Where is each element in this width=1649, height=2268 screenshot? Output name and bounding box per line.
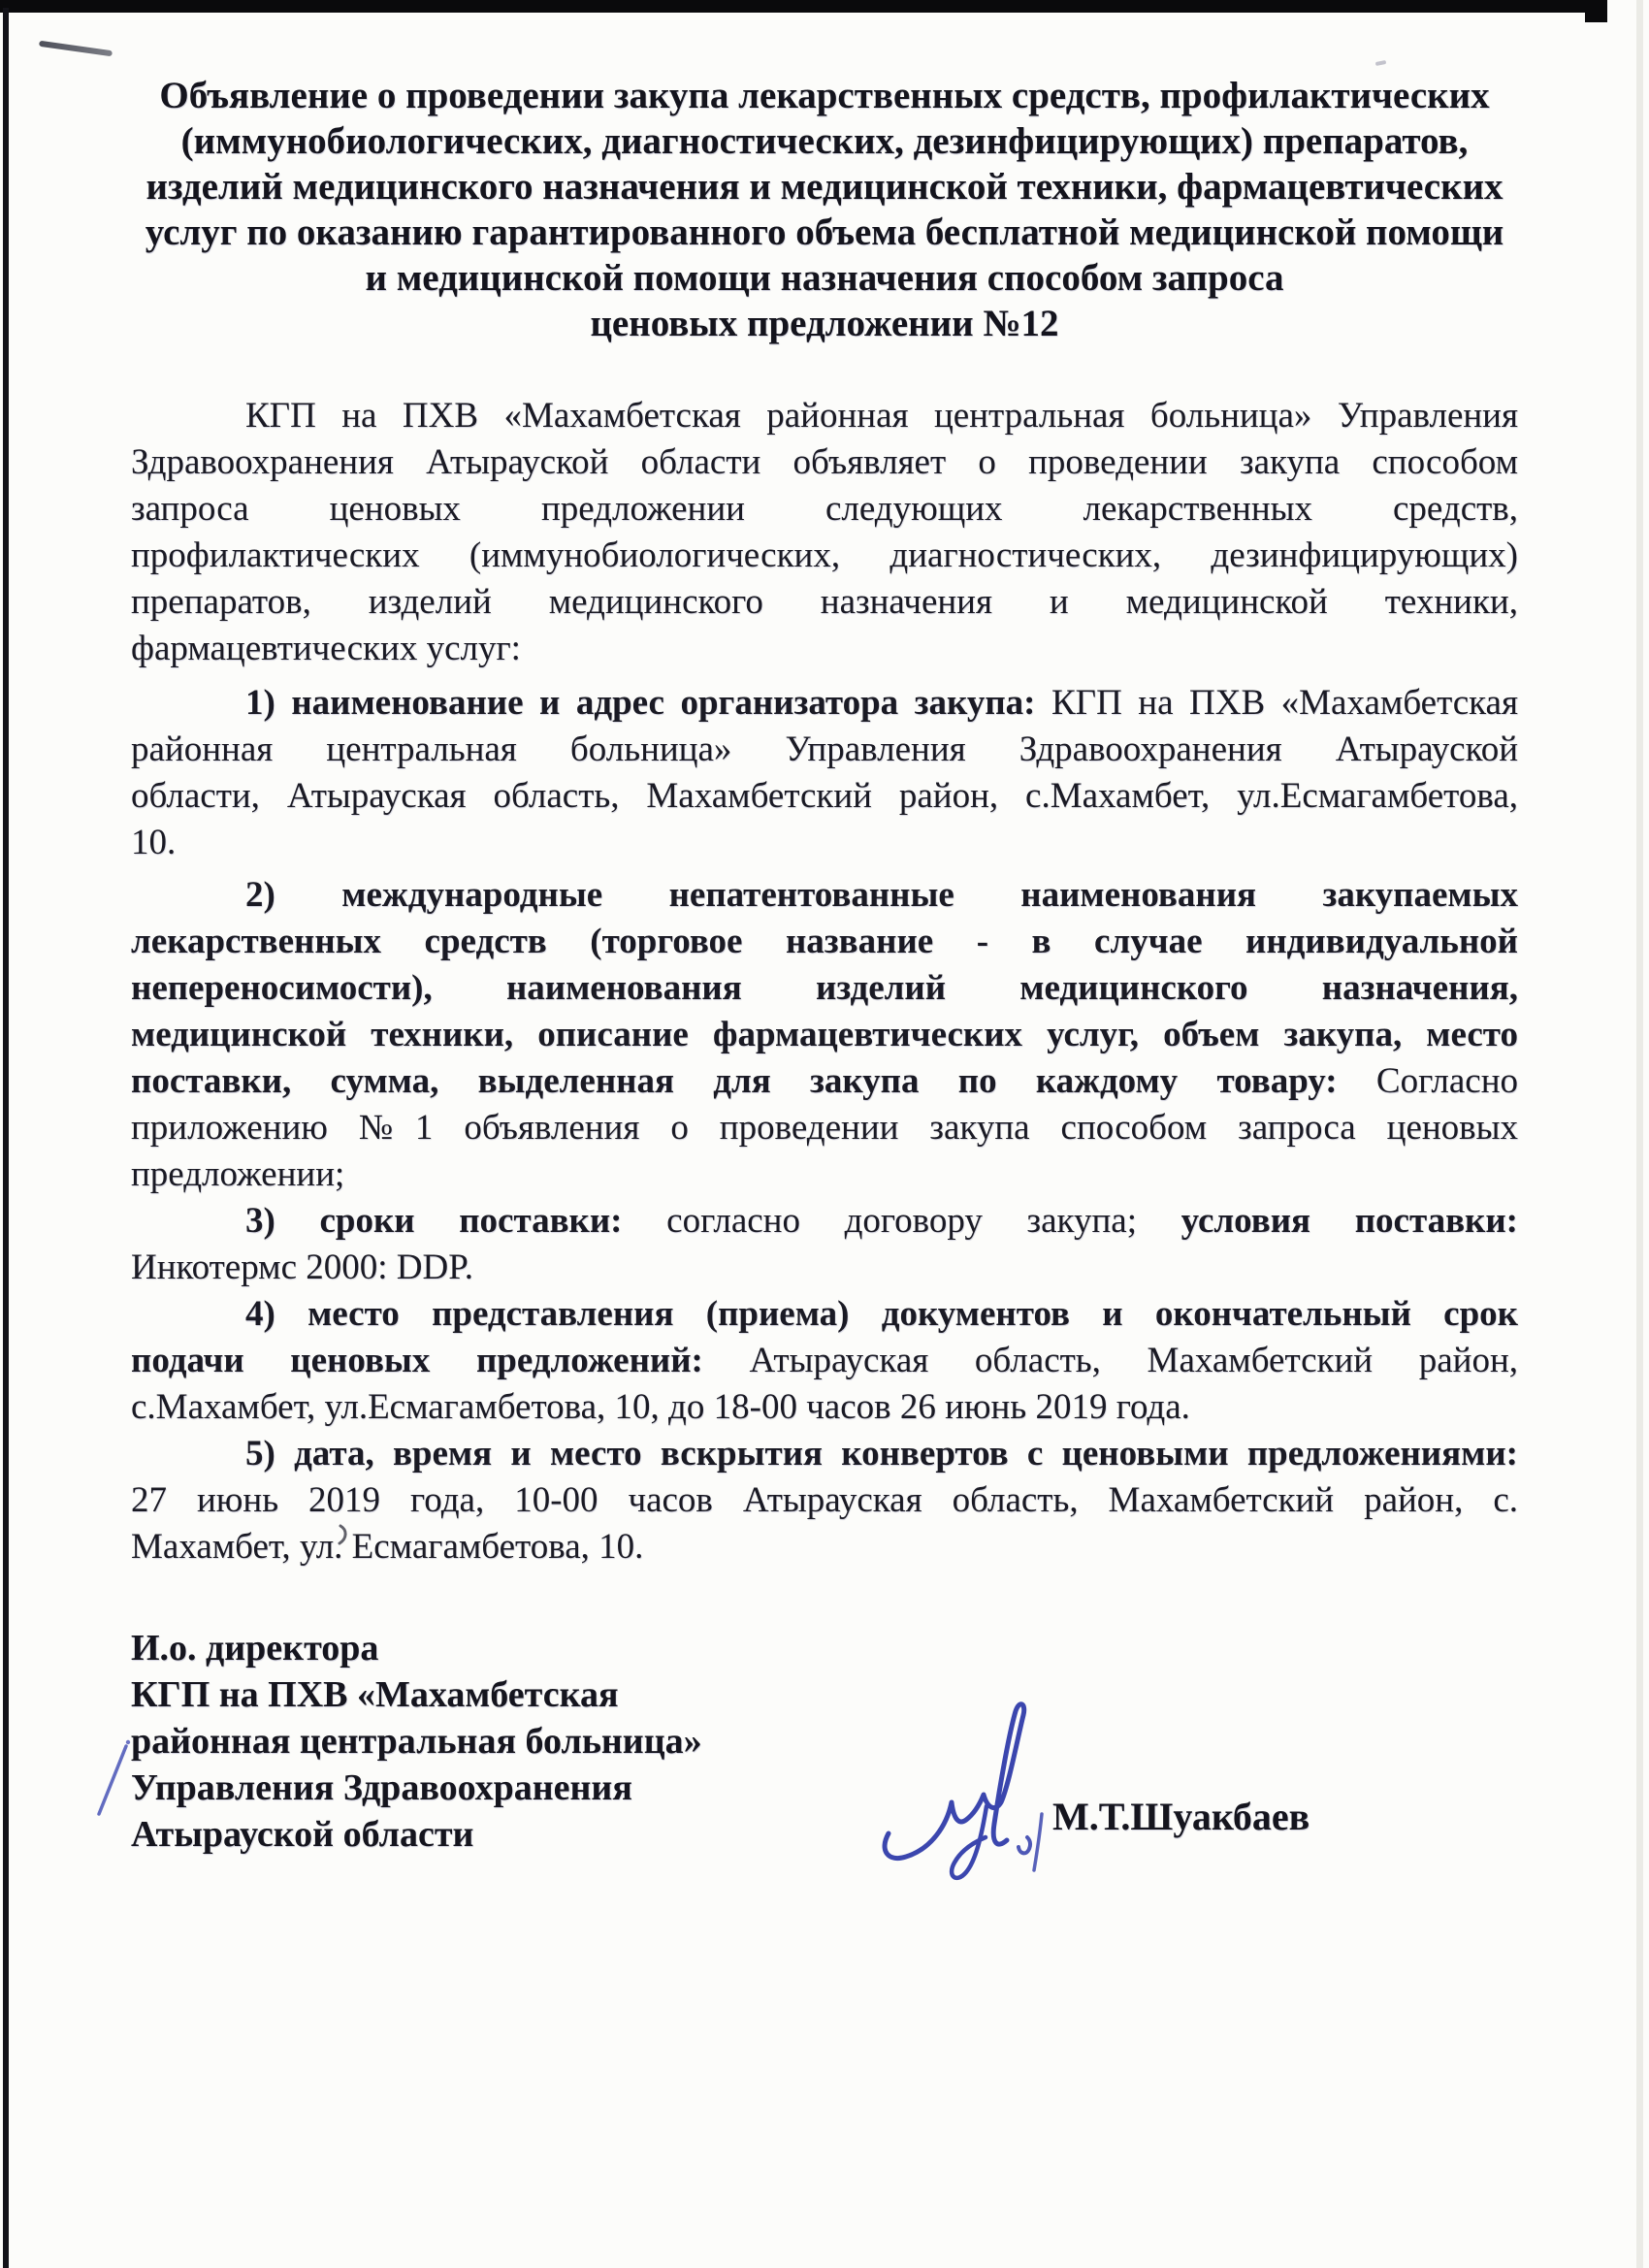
text-line: Здравоохранения Атырауской области объяв…: [131, 439, 1518, 486]
text-line: КГП на ПХВ «Махамбетская районная центра…: [131, 393, 1518, 439]
text-line: профилактических (иммунобиологических, д…: [131, 533, 1518, 579]
signature-line: КГП на ПХВ «Махамбетская: [131, 1671, 702, 1718]
signature-ink: [873, 1690, 1057, 1889]
title-line: ценовых предложении №12: [124, 301, 1525, 346]
text-run: согласно договору закупа;: [666, 1201, 1181, 1241]
pen-slash-artifact: [89, 1736, 138, 1824]
text-run: фармацевтических услуг:: [131, 629, 521, 668]
bold-text-run: условия поставки:: [1181, 1201, 1518, 1241]
text-run: приложению №1 объявления о проведении за…: [131, 1108, 1518, 1148]
document-title: Объявление о проведении закупа лекарстве…: [124, 73, 1525, 346]
signature-block: И.о. директора КГП на ПХВ «Махамбетская …: [131, 1625, 702, 1858]
text-line: 10.: [131, 820, 1518, 866]
text-line: 4) место представления (приема) документ…: [131, 1291, 1518, 1338]
text-line: подачи ценовых предложений: Атырауская о…: [131, 1338, 1518, 1384]
text-line: районная центральная больница» Управлени…: [131, 727, 1518, 773]
scan-speck-artifact: [1375, 60, 1387, 66]
text-run: районная центральная больница» Управлени…: [131, 729, 1518, 769]
bold-text-run: непереносимости), наименования изделий м…: [131, 968, 1518, 1008]
bold-text-run: 1) наименование и адрес организатора зак…: [245, 683, 1051, 723]
text-line: 27 июнь 2019 года, 10-00 часов Атырауска…: [131, 1477, 1518, 1524]
text-run: Махамбет, ул. Есмагамбетова, 10.: [131, 1527, 643, 1567]
text-line: 1) наименование и адрес организатора зак…: [131, 680, 1518, 727]
text-run: Инкотермс 2000: DDP.: [131, 1247, 473, 1287]
document-body: КГП на ПХВ «Махамбетская районная центра…: [131, 393, 1518, 1571]
bold-text-run: поставки, сумма, выделенная для закупа п…: [131, 1061, 1376, 1101]
document-page: Объявление о проведении закупа лекарстве…: [0, 0, 1649, 2268]
text-run: КГП на ПХВ «Махамбетская: [1051, 683, 1518, 723]
text-line: лекарственных средств (торговое название…: [131, 919, 1518, 965]
text-run: области, Атырауская область, Махамбетски…: [131, 776, 1518, 816]
text-line: 2) международные непатентованные наимено…: [131, 872, 1518, 919]
text-run: предложении;: [131, 1154, 344, 1194]
bold-text-run: медицинской техники, описание фармацевти…: [131, 1015, 1518, 1054]
bold-text-run: 5) дата, время и место вскрытия конверто…: [245, 1434, 1518, 1474]
scan-right-band-artifact: [1636, 0, 1643, 2268]
title-line: Объявление о проведении закупа лекарстве…: [124, 73, 1525, 118]
text-line: области, Атырауская область, Махамбетски…: [131, 773, 1518, 820]
text-run: Атырауская область, Махамбетский район,: [750, 1341, 1518, 1380]
text-run: КГП на ПХВ «Махамбетская районная центра…: [245, 396, 1518, 436]
pen-dash-artifact: [39, 41, 113, 57]
signature-line: районная центральная больница»: [131, 1718, 702, 1765]
bold-text-run: 4) место представления (приема) документ…: [245, 1294, 1518, 1334]
text-run: 10.: [131, 823, 176, 862]
text-run: запроса ценовых предложении следующих ле…: [131, 489, 1518, 529]
text-line: фармацевтических услуг:: [131, 626, 1518, 672]
text-line: 3) сроки поставки: согласно договору зак…: [131, 1198, 1518, 1245]
bold-text-run: лекарственных средств (торговое название…: [131, 922, 1518, 961]
text-line: с.Махамбет, ул.Есмагамбетова, 10, до 18-…: [131, 1384, 1518, 1431]
text-line: медицинской техники, описание фармацевти…: [131, 1012, 1518, 1058]
text-run: с.Махамбет, ул.Есмагамбетова, 10, до 18-…: [131, 1387, 1190, 1427]
text-run: препаратов, изделий медицинского назначе…: [131, 582, 1518, 622]
text-line: непереносимости), наименования изделий м…: [131, 965, 1518, 1012]
title-line: (иммунобиологических, диагностических, д…: [124, 118, 1525, 164]
bold-text-run: подачи ценовых предложений:: [131, 1341, 750, 1380]
signatory-name: М.Т.Шуакбаев: [1052, 1794, 1309, 1839]
text-run: 27 июнь 2019 года, 10-00 часов Атырауска…: [131, 1480, 1518, 1520]
text-line: Инкотермс 2000: DDP.: [131, 1245, 1518, 1291]
text-run: профилактических (иммунобиологических, д…: [131, 535, 1518, 575]
text-line: 5) дата, время и место вскрытия конверто…: [131, 1431, 1518, 1477]
signature-line: Атырауской области: [131, 1811, 702, 1858]
signature-line: Управления Здравоохранения: [131, 1765, 702, 1811]
signature-line: И.о. директора: [131, 1625, 702, 1671]
text-line: приложению №1 объявления о проведении за…: [131, 1105, 1518, 1151]
text-run: Здравоохранения Атырауской области объяв…: [131, 442, 1518, 482]
bold-text-run: 3) сроки поставки:: [245, 1201, 666, 1241]
title-line: и медицинской помощи назначения способом…: [124, 255, 1525, 301]
scan-left-edge-artifact: [3, 8, 9, 2268]
title-line: услуг по оказанию гарантированного объем…: [124, 210, 1525, 255]
title-line: изделий медицинского назначения и медици…: [124, 164, 1525, 210]
scan-top-edge-artifact: [1585, 0, 1607, 22]
text-line: предложении;: [131, 1151, 1518, 1198]
text-run: Согласно: [1376, 1061, 1518, 1101]
text-line: запроса ценовых предложении следующих ле…: [131, 486, 1518, 533]
ink-squiggle-artifact: [336, 1523, 353, 1546]
text-line: препаратов, изделий медицинского назначе…: [131, 579, 1518, 626]
bold-text-run: 2) международные непатентованные наимено…: [245, 875, 1518, 915]
scan-top-edge-artifact: [0, 0, 1607, 13]
text-line: поставки, сумма, выделенная для закупа п…: [131, 1058, 1518, 1105]
